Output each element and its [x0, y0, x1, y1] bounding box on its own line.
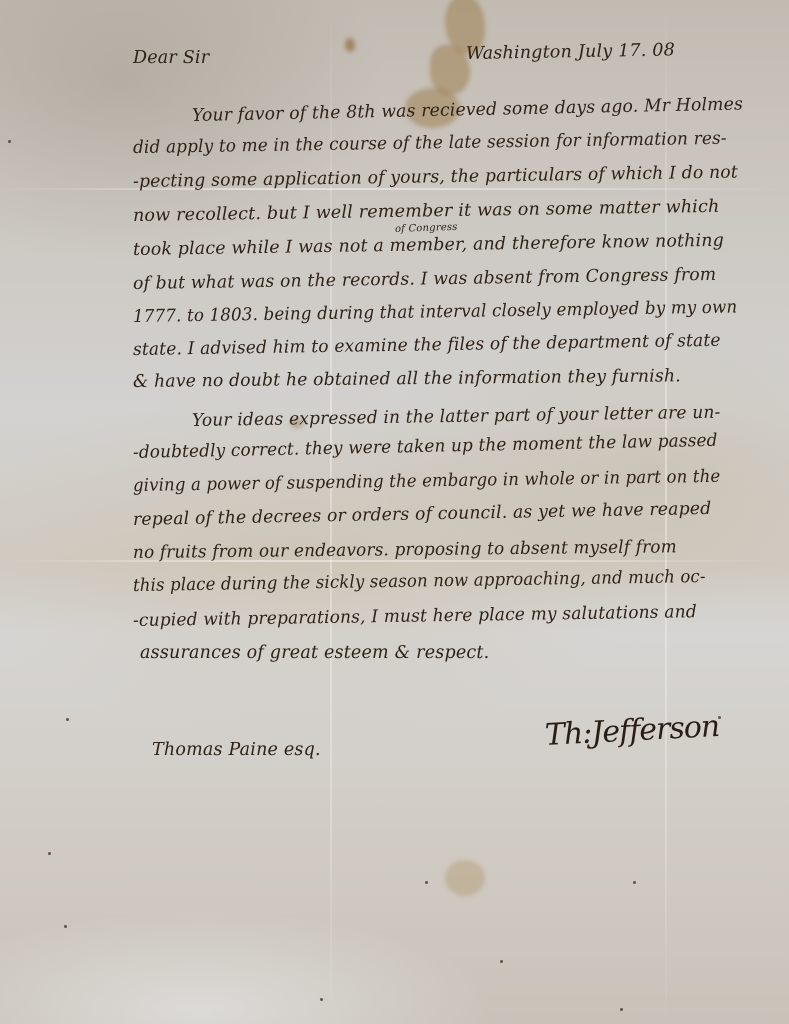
body-line: did apply to me in the course of the lat… — [133, 129, 727, 158]
addressee: Thomas Paine esq. — [152, 740, 321, 760]
ink-speck — [633, 881, 636, 884]
ink-speck — [620, 1008, 623, 1011]
body-line: Your ideas expressed in the latter part … — [192, 403, 721, 431]
stain-spot — [445, 860, 485, 896]
place-date: Washington July 17. 08 — [466, 40, 675, 64]
body-line: state. I advised him to examine the file… — [133, 331, 721, 360]
interlinear-insertion: of Congress — [395, 222, 458, 235]
letter-page: Dear Sir Washington July 17. 08 Your fav… — [0, 0, 789, 1024]
body-line: assurances of great esteem & respect. — [140, 643, 489, 663]
signature: Th:Jefferson — [544, 709, 720, 753]
ink-speck — [8, 140, 11, 143]
salutation: Dear Sir — [133, 48, 209, 68]
body-line: & have no doubt he obtained all the info… — [133, 366, 681, 392]
ink-speck — [64, 925, 67, 928]
ink-speck — [500, 960, 503, 963]
body-line: of but what was on the records. I was ab… — [133, 265, 717, 294]
ink-speck — [320, 998, 323, 1001]
ink-speck — [425, 881, 428, 884]
body-line: now recollect. but I well remember it wa… — [133, 197, 720, 226]
fold-line — [0, 560, 789, 562]
ink-speck — [48, 852, 51, 855]
body-line: Your favor of the 8th was recieved some … — [192, 94, 743, 126]
body-line: giving a power of suspending the embargo… — [133, 467, 721, 496]
body-line: took place while I was not a member, and… — [133, 231, 724, 260]
body-line: -doubtedly correct. they were taken up t… — [133, 431, 718, 463]
body-line: this place during the sickly season now … — [133, 567, 706, 596]
body-line: 1777. to 1803. being during that interva… — [133, 298, 738, 327]
body-line: -cupied with preparations, I must here p… — [133, 602, 697, 631]
water-stain — [345, 38, 355, 52]
fold-line — [0, 188, 789, 190]
ink-speck — [66, 718, 69, 721]
body-line: repeal of the decrees or orders of counc… — [133, 499, 712, 530]
